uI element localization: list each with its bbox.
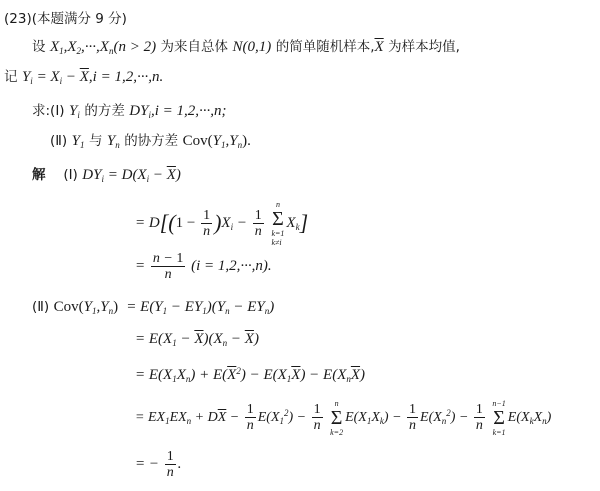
question-part1: 求:(Ⅰ) Yi 的方差 DYi,i = 1,2,···,n; — [32, 102, 227, 124]
text: 为样本均值, — [388, 39, 460, 55]
text: (Ⅱ) — [50, 133, 67, 149]
distribution: N(0,1) — [233, 39, 272, 55]
text: 为来自总体 — [161, 39, 229, 55]
problem-header: (23)(本题满分 9 分) — [4, 10, 127, 28]
solution-label: 解 — [32, 167, 46, 183]
question-part2: (Ⅱ) Y1 与 Yn 的协方差 Cov(Y1,Yn). — [50, 132, 251, 154]
solution-part1-line2: = D[(1 − 1n)Xi − 1n nΣk=1k≠iXk] — [135, 200, 308, 247]
solution-part1-line1: 解 (Ⅰ) DYi = D(Xi − X) — [32, 166, 181, 188]
condition: (n > 2) — [113, 39, 156, 55]
text: 的协方差 — [124, 133, 178, 149]
text: = − — [135, 456, 159, 472]
solution-part2-line1: (Ⅱ) Cov(Y1,Yn) = E(Y1 − EY1)(Yn − EYn) — [32, 298, 274, 320]
text: 的简单随机样本, — [276, 39, 375, 55]
index-range: i = 1,2,···,n. — [93, 69, 164, 85]
text: 设 — [32, 39, 46, 55]
solution-part2-line3: = E(X1Xn) + E(X2) − E(X1X) − E(XnX) — [135, 362, 365, 388]
text: 求:(Ⅰ) — [32, 103, 65, 119]
part-label: (Ⅱ) — [32, 299, 49, 315]
problem-points: (本题满分 9 分) — [32, 11, 127, 27]
problem-number: (23) — [4, 11, 32, 27]
problem-statement-line2: 记 Yi = Xi − X,i = 1,2,···,n. — [4, 68, 163, 90]
text: . — [178, 456, 182, 472]
part-label: (Ⅰ) — [63, 167, 78, 183]
text: 记 — [4, 69, 18, 85]
index-range: (i = 1,2,···,n). — [191, 258, 272, 274]
solution-part2-line4: = EX1EXn + DX − 1nE(X12) − 1n nΣk=2E(X1X… — [135, 393, 551, 441]
solution-part1-line3: = n − 1n (i = 1,2,···,n). — [135, 248, 272, 284]
solution-part2-line2: = E(X1 − X)(Xn − X) — [135, 330, 259, 352]
text: 的方差 — [84, 103, 125, 119]
index-range: ,i = 1,2,···,n; — [151, 103, 227, 119]
text: 与 — [89, 133, 103, 149]
solution-final-answer: = − 1n. — [135, 446, 182, 482]
problem-statement-line1: 设 X1,X2,···,Xn(n > 2) 为来自总体 N(0,1) 的简单随机… — [32, 38, 460, 60]
